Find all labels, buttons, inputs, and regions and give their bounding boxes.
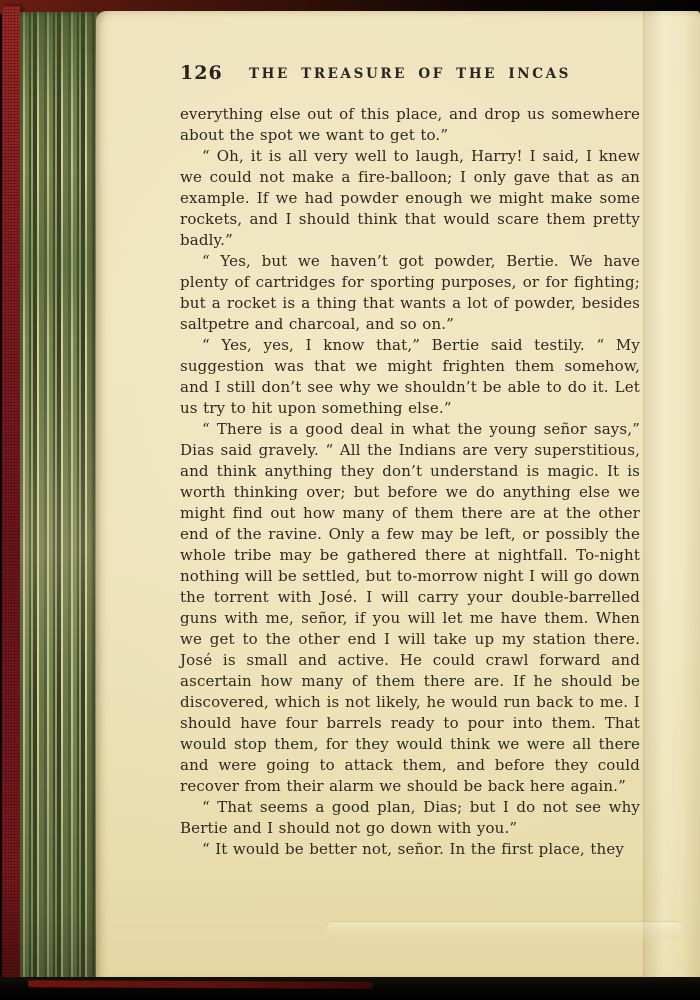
page-fore-edge-stain xyxy=(20,12,98,984)
book-page: 126 THE TREASURE OF THE INCAS everything… xyxy=(96,11,700,977)
paragraph: “ There is a good deal in what the young… xyxy=(180,419,640,797)
paragraph: “ Yes, yes, I know that,” Bertie said te… xyxy=(180,335,640,419)
printed-area: 126 THE TREASURE OF THE INCAS everything… xyxy=(180,11,640,977)
paragraph: “ Yes, but we haven’t got powder, Bertie… xyxy=(180,251,640,335)
cover-bottom-edge xyxy=(28,980,373,989)
text-block: everything else out of this place, and d… xyxy=(180,104,640,860)
paragraph: “ It would be better not, señor. In the … xyxy=(180,839,640,860)
running-title: THE TREASURE OF THE INCAS xyxy=(180,66,640,82)
page-gutter-curl xyxy=(643,11,700,977)
paragraph: “ That seems a good plan, Dias; but I do… xyxy=(180,797,640,839)
scanned-book-photo: 126 THE TREASURE OF THE INCAS everything… xyxy=(0,0,700,1000)
running-head: 126 THE TREASURE OF THE INCAS xyxy=(180,62,640,86)
paragraph: everything else out of this place, and d… xyxy=(180,104,640,146)
book-cover-edge xyxy=(2,6,20,988)
paragraph: “ Oh, it is all very well to laugh, Harr… xyxy=(180,146,640,251)
bottom-shadow-band xyxy=(0,977,700,1000)
